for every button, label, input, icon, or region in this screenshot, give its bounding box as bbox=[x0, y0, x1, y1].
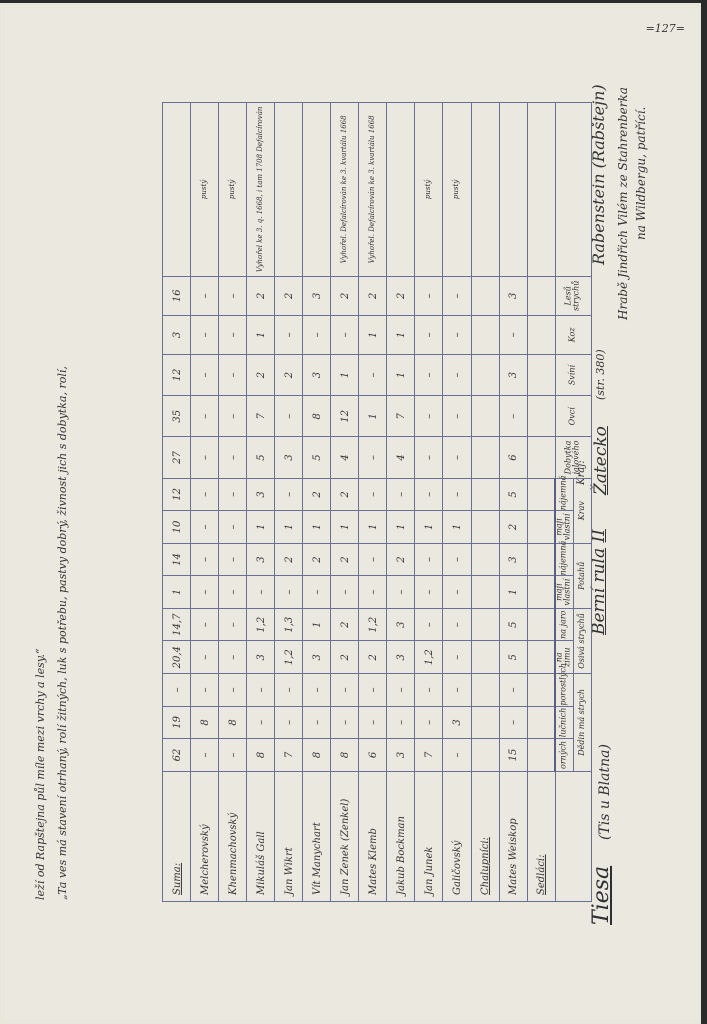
cell-value: 2 bbox=[247, 354, 275, 395]
cell-value: – bbox=[443, 608, 471, 641]
row-name: Mikuláš Gall bbox=[247, 771, 275, 901]
cell-value: 1,3 bbox=[275, 608, 303, 641]
cell-value: 1,2 bbox=[415, 641, 443, 674]
cell-value: – bbox=[359, 706, 387, 739]
cell-value: 7 bbox=[275, 739, 303, 772]
header-lucni: lučních bbox=[555, 706, 573, 739]
cell-value: 12 bbox=[331, 396, 359, 437]
cell-value: – bbox=[443, 478, 471, 511]
remark-cell: pustý bbox=[219, 103, 247, 277]
cell-value bbox=[527, 608, 555, 641]
row-name: Khenmachovský bbox=[219, 771, 247, 901]
header-krav-najemna: nájemná bbox=[555, 478, 573, 511]
row-name: Mates Klemb bbox=[359, 771, 387, 901]
sum-row: Suma:6219–20,414,71141012273512316 bbox=[163, 103, 191, 902]
cell-value: – bbox=[219, 674, 247, 707]
remark-cell bbox=[275, 103, 303, 277]
cell-value: – bbox=[219, 478, 247, 511]
record-title: Berní rula II bbox=[589, 529, 609, 635]
remark-cell bbox=[527, 103, 555, 277]
cell-value: – bbox=[275, 706, 303, 739]
cell-value: – bbox=[191, 437, 219, 478]
cell-value: – bbox=[387, 478, 415, 511]
table-row: Jan Zenek (Zenkel)8––22–2124121–2Vyhořel… bbox=[331, 103, 359, 902]
header-porostle: porostlých bbox=[555, 674, 573, 707]
cell-value: 1 bbox=[247, 315, 275, 354]
cell-value: 8 bbox=[191, 706, 219, 739]
cell-value: – bbox=[415, 543, 443, 576]
cell-value: 1 bbox=[275, 511, 303, 544]
cell-value: 2 bbox=[247, 276, 275, 315]
cell-value: 35 bbox=[163, 396, 191, 437]
cell-value bbox=[471, 608, 499, 641]
cell-value: – bbox=[443, 641, 471, 674]
cell-value bbox=[527, 641, 555, 674]
header-potahu: Potahů bbox=[573, 543, 591, 608]
cell-value: 1 bbox=[499, 576, 527, 609]
cell-value: – bbox=[191, 276, 219, 315]
cell-value: – bbox=[359, 576, 387, 609]
cell-value: 1 bbox=[387, 511, 415, 544]
cell-value: 16 bbox=[163, 276, 191, 315]
table-row: Mates Weiskop15––5513256–3–3 bbox=[499, 103, 527, 902]
cell-value: 1 bbox=[247, 511, 275, 544]
cell-value: 3 bbox=[303, 276, 331, 315]
cell-value: – bbox=[191, 315, 219, 354]
cell-value: 3 bbox=[247, 478, 275, 511]
cell-value: – bbox=[191, 396, 219, 437]
table-row: Jakub Bockman3––33–21–47112 bbox=[387, 103, 415, 902]
cell-value bbox=[471, 315, 499, 354]
cell-value: 1 bbox=[331, 511, 359, 544]
cell-value: 1 bbox=[443, 511, 471, 544]
remark-cell: Vyhořel. Defalcírován ke 3. kvartálu 166… bbox=[331, 103, 359, 277]
cell-value bbox=[471, 706, 499, 739]
header-krav-vlastni: mají vlastní bbox=[555, 511, 573, 544]
cell-value: 3 bbox=[387, 739, 415, 772]
cell-value: 6 bbox=[359, 739, 387, 772]
table-row: Jan Junek7––1,2–––1––––––pustý bbox=[415, 103, 443, 902]
row-name: Chalupníci: bbox=[471, 771, 499, 901]
cell-value: 8 bbox=[303, 739, 331, 772]
cell-value: 1 bbox=[163, 576, 191, 609]
cell-value: 2 bbox=[331, 478, 359, 511]
cell-value: 2 bbox=[359, 641, 387, 674]
cell-value: 2 bbox=[303, 478, 331, 511]
cell-value: – bbox=[247, 674, 275, 707]
cell-value: – bbox=[303, 315, 331, 354]
cell-value: 6 bbox=[499, 437, 527, 478]
cell-value: 2 bbox=[331, 608, 359, 641]
cell-value: – bbox=[303, 576, 331, 609]
table-row: Jan Wikrt7––1,21,3–21–3–2–2 bbox=[275, 103, 303, 902]
cell-value: 2 bbox=[499, 511, 527, 544]
cell-value: – bbox=[387, 674, 415, 707]
group-row: Chalupníci: bbox=[471, 103, 499, 902]
cell-value: 3 bbox=[443, 706, 471, 739]
cell-value: 15 bbox=[499, 739, 527, 772]
cell-value: – bbox=[387, 576, 415, 609]
cell-value: – bbox=[191, 511, 219, 544]
cell-value: 20,4 bbox=[163, 641, 191, 674]
row-name: Vít Manychart bbox=[303, 771, 331, 901]
cell-value: 2 bbox=[387, 543, 415, 576]
rotated-sheet: Tiesa (Tis u Blatna) Berní rula II Kraj:… bbox=[4, 8, 699, 1020]
cell-value: – bbox=[415, 437, 443, 478]
cell-value: – bbox=[415, 576, 443, 609]
cell-value: 1,2 bbox=[247, 608, 275, 641]
row-name: Jan Junek bbox=[415, 771, 443, 901]
cell-value: 3 bbox=[499, 543, 527, 576]
row-name: Mates Weiskop bbox=[499, 771, 527, 901]
remark-cell bbox=[163, 103, 191, 277]
cell-value: – bbox=[219, 315, 247, 354]
cell-value: – bbox=[191, 739, 219, 772]
cell-value: 3 bbox=[303, 354, 331, 395]
row-name: Suma: bbox=[163, 771, 191, 901]
row-name: Galičovský bbox=[443, 771, 471, 901]
cell-value: – bbox=[219, 608, 247, 641]
cell-value bbox=[471, 396, 499, 437]
cell-value: 2 bbox=[359, 276, 387, 315]
cell-value: – bbox=[443, 276, 471, 315]
table-row: Khenmachovský–8––––––––––––pustý bbox=[219, 103, 247, 902]
cell-value: 8 bbox=[247, 739, 275, 772]
cell-value: 1 bbox=[331, 354, 359, 395]
cell-value: 4 bbox=[331, 437, 359, 478]
cell-value: 14,7 bbox=[163, 608, 191, 641]
cell-value: 12 bbox=[163, 354, 191, 395]
table-row: Vít Manychart8––31–212583–3 bbox=[303, 103, 331, 902]
header-na-zimu: na zimu bbox=[555, 641, 573, 674]
owner-line-1: Hrabě Jindřich Vilém ze Stahrenberka bbox=[616, 87, 630, 320]
table-row: Mikuláš Gall8––31,2–31357212Vyhořel ke 3… bbox=[247, 103, 275, 902]
cell-value: – bbox=[219, 437, 247, 478]
cell-value: – bbox=[219, 543, 247, 576]
cell-value: – bbox=[359, 354, 387, 395]
cell-value: – bbox=[191, 478, 219, 511]
header-orne: orných bbox=[555, 739, 573, 772]
cell-value: 1 bbox=[303, 511, 331, 544]
cell-value bbox=[527, 478, 555, 511]
cell-value bbox=[527, 315, 555, 354]
cell-value: – bbox=[359, 543, 387, 576]
header-ovci: Ovcí bbox=[555, 396, 591, 437]
cell-value: – bbox=[219, 576, 247, 609]
cell-value: 1 bbox=[303, 608, 331, 641]
cell-value: – bbox=[191, 354, 219, 395]
cell-value: – bbox=[219, 276, 247, 315]
cell-value bbox=[471, 641, 499, 674]
cell-value: – bbox=[163, 674, 191, 707]
cell-value: 1 bbox=[359, 511, 387, 544]
cell-value: – bbox=[331, 576, 359, 609]
cell-value: – bbox=[499, 706, 527, 739]
cell-value: – bbox=[443, 543, 471, 576]
cell-value: – bbox=[219, 511, 247, 544]
header-poznamka bbox=[555, 103, 591, 277]
cell-value: – bbox=[359, 674, 387, 707]
cell-value: 3 bbox=[275, 437, 303, 478]
header-potahu-vlastni: mají vlastní bbox=[555, 576, 573, 609]
cell-value: 7 bbox=[247, 396, 275, 437]
cell-value bbox=[527, 437, 555, 478]
cell-value: – bbox=[499, 315, 527, 354]
cell-value: – bbox=[303, 674, 331, 707]
cell-value: – bbox=[331, 674, 359, 707]
table-row: Galičovský–3–––––1––––––pustý bbox=[443, 103, 471, 902]
cell-value bbox=[527, 543, 555, 576]
cell-value: – bbox=[275, 315, 303, 354]
cell-value: 3 bbox=[163, 315, 191, 354]
cell-value: – bbox=[331, 706, 359, 739]
remark-cell: Vyhořel ke 3. q. 1668, i tam 1708 Defalc… bbox=[247, 103, 275, 277]
cell-value: – bbox=[443, 739, 471, 772]
remark-cell bbox=[303, 103, 331, 277]
cell-value: 3 bbox=[247, 543, 275, 576]
cell-value: 2 bbox=[387, 276, 415, 315]
cell-value: – bbox=[387, 706, 415, 739]
remark-cell bbox=[387, 103, 415, 277]
cell-value: – bbox=[415, 396, 443, 437]
cell-value: – bbox=[443, 315, 471, 354]
cell-value: – bbox=[415, 478, 443, 511]
row-name: Melcherovský bbox=[191, 771, 219, 901]
row-name: Jakub Bockman bbox=[387, 771, 415, 901]
header-osiva: Osivá strychů bbox=[573, 608, 591, 673]
region: Žatecko bbox=[591, 426, 611, 495]
cell-value: 2 bbox=[275, 276, 303, 315]
cell-value: 2 bbox=[331, 543, 359, 576]
cell-value: 2 bbox=[303, 543, 331, 576]
cell-value bbox=[527, 674, 555, 707]
tax-table: Dědin má strych Osivá strychů Potahů Kra… bbox=[162, 102, 592, 902]
cell-value: – bbox=[443, 354, 471, 395]
cell-value: – bbox=[331, 315, 359, 354]
cell-value: 1 bbox=[387, 315, 415, 354]
cell-value: – bbox=[443, 437, 471, 478]
cell-value: 7 bbox=[415, 739, 443, 772]
cell-value: 4 bbox=[387, 437, 415, 478]
cell-value: 10 bbox=[163, 511, 191, 544]
cell-value: 3 bbox=[387, 608, 415, 641]
cell-value: – bbox=[219, 396, 247, 437]
cell-value bbox=[471, 437, 499, 478]
cell-value: – bbox=[415, 706, 443, 739]
cell-value bbox=[527, 706, 555, 739]
cell-value: – bbox=[275, 674, 303, 707]
cell-value: 3 bbox=[247, 641, 275, 674]
cell-value: – bbox=[247, 576, 275, 609]
record-number: II bbox=[589, 529, 609, 542]
cell-value: – bbox=[191, 543, 219, 576]
remark-cell: Vyhořel. Defalcírován ke 3. kvartálu 166… bbox=[359, 103, 387, 277]
remark-cell: pustý bbox=[415, 103, 443, 277]
cell-value: 2 bbox=[275, 354, 303, 395]
cell-value: 2 bbox=[275, 543, 303, 576]
cell-value: 1,2 bbox=[275, 641, 303, 674]
cell-value: 3 bbox=[387, 641, 415, 674]
document-page: =127= Tiesa (Tis u Blatna) Berní rula II… bbox=[4, 8, 699, 1020]
row-name: Jan Zenek (Zenkel) bbox=[331, 771, 359, 901]
cell-value: – bbox=[191, 608, 219, 641]
header-name bbox=[555, 771, 591, 901]
cell-value: 27 bbox=[163, 437, 191, 478]
cell-value: 2 bbox=[331, 641, 359, 674]
table-row: Mates Klemb6––21,2––1––1–12Vyhořel. Defa… bbox=[359, 103, 387, 902]
remark-cell: pustý bbox=[191, 103, 219, 277]
cell-value: – bbox=[415, 276, 443, 315]
cell-value: 1 bbox=[359, 396, 387, 437]
cell-value: – bbox=[359, 478, 387, 511]
cell-value: 5 bbox=[499, 608, 527, 641]
cell-value: 8 bbox=[331, 739, 359, 772]
remark-cell bbox=[471, 103, 499, 277]
remark-cell: pustý bbox=[443, 103, 471, 277]
cell-value: 1 bbox=[387, 354, 415, 395]
cell-value: – bbox=[415, 608, 443, 641]
cell-value: – bbox=[443, 576, 471, 609]
cell-value: – bbox=[219, 641, 247, 674]
row-name: Sedláci: bbox=[527, 771, 555, 901]
cell-value: 12 bbox=[163, 478, 191, 511]
cell-value: 5 bbox=[499, 641, 527, 674]
cell-value bbox=[527, 739, 555, 772]
cell-value bbox=[527, 576, 555, 609]
owner-line-2: na Wildbergu, patřící. bbox=[634, 107, 648, 240]
header-dobytka: Dobytka jalového bbox=[555, 437, 591, 478]
cell-value: – bbox=[415, 674, 443, 707]
group-row: Sedláci: bbox=[527, 103, 555, 902]
cell-value: – bbox=[415, 354, 443, 395]
cell-value: – bbox=[499, 396, 527, 437]
cell-value: – bbox=[247, 706, 275, 739]
cell-value: – bbox=[303, 706, 331, 739]
cell-value bbox=[471, 276, 499, 315]
row-name: Jan Wikrt bbox=[275, 771, 303, 901]
cell-value: – bbox=[415, 315, 443, 354]
header-koz: Koz bbox=[555, 315, 591, 354]
cell-value: 3 bbox=[499, 354, 527, 395]
record-name: Berní rula bbox=[589, 548, 609, 635]
cell-value: – bbox=[191, 674, 219, 707]
cell-value bbox=[471, 511, 499, 544]
cell-value: 1,2 bbox=[359, 608, 387, 641]
cell-value bbox=[471, 674, 499, 707]
cell-value bbox=[471, 543, 499, 576]
cell-value bbox=[471, 739, 499, 772]
cell-value: 19 bbox=[163, 706, 191, 739]
cell-value: 2 bbox=[331, 276, 359, 315]
cell-value: – bbox=[219, 739, 247, 772]
cell-value: 7 bbox=[387, 396, 415, 437]
cell-value: 8 bbox=[303, 396, 331, 437]
village-alt-name: (Tis u Blatna) bbox=[597, 744, 613, 840]
cell-value: – bbox=[443, 674, 471, 707]
header-row-1: Dědin má strych Osivá strychů Potahů Kra… bbox=[573, 103, 591, 902]
header-krav: Krav bbox=[573, 478, 591, 543]
cell-value: – bbox=[275, 478, 303, 511]
cell-value: – bbox=[275, 396, 303, 437]
cell-value bbox=[527, 354, 555, 395]
header-potahu-najemna: nájemná bbox=[555, 543, 573, 576]
header-na-jaro: na jaro bbox=[555, 608, 573, 641]
cell-value: 8 bbox=[219, 706, 247, 739]
cell-value: 1 bbox=[415, 511, 443, 544]
cell-value bbox=[527, 511, 555, 544]
cell-value bbox=[471, 354, 499, 395]
footnote-line-1: „Ta ves má stavení otrhaný, rolí žitných… bbox=[56, 366, 69, 900]
cell-value bbox=[471, 478, 499, 511]
cell-value: 3 bbox=[303, 641, 331, 674]
cell-value: 14 bbox=[163, 543, 191, 576]
cell-value: – bbox=[443, 396, 471, 437]
table-row: Melcherovský–8––––––––––––pustý bbox=[191, 103, 219, 902]
cell-value: 5 bbox=[303, 437, 331, 478]
cell-value bbox=[527, 396, 555, 437]
cell-value bbox=[527, 276, 555, 315]
remark-cell bbox=[499, 103, 527, 277]
cell-value: – bbox=[275, 576, 303, 609]
header-svini: Svíní bbox=[555, 354, 591, 395]
cell-value: 5 bbox=[499, 478, 527, 511]
footnote-line-2: leží od Rapštejna půl míle mezi vrchy a … bbox=[34, 648, 47, 900]
header-lesu: Lesů strychů bbox=[555, 276, 591, 315]
village-title: Tiesa bbox=[589, 866, 614, 925]
header-dedin: Dědin má strych bbox=[573, 674, 591, 772]
cell-value: – bbox=[191, 576, 219, 609]
cell-value bbox=[471, 576, 499, 609]
cell-value: – bbox=[499, 674, 527, 707]
cell-value: 1 bbox=[359, 315, 387, 354]
page-reference: (str. 380) bbox=[594, 349, 607, 400]
cell-value: 62 bbox=[163, 739, 191, 772]
cell-value: 5 bbox=[247, 437, 275, 478]
cell-value: – bbox=[359, 437, 387, 478]
cell-value: – bbox=[191, 641, 219, 674]
cell-value: – bbox=[219, 354, 247, 395]
cell-value: 3 bbox=[499, 276, 527, 315]
